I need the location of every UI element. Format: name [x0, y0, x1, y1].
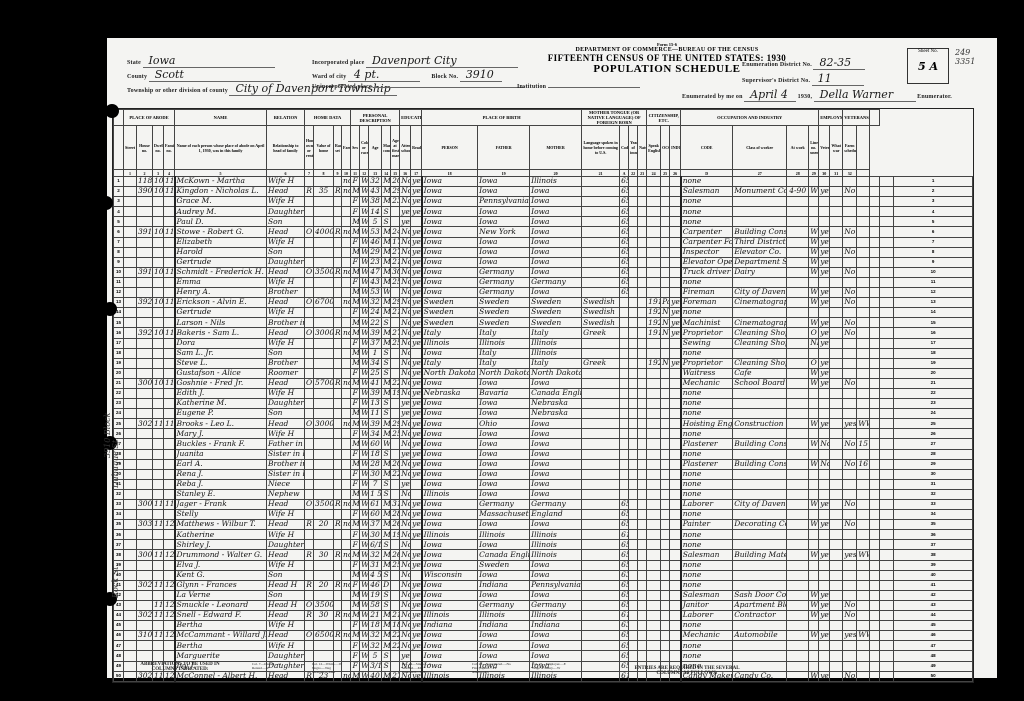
- cell-dwelling: [153, 368, 164, 378]
- cell-age: 41: [369, 378, 382, 388]
- cell-name: McKown - Martha: [175, 177, 267, 187]
- cell-read: yes: [411, 388, 422, 398]
- cell-farm: [342, 318, 351, 328]
- cell-value: [314, 388, 334, 398]
- cell-war: WW: [857, 631, 870, 641]
- line-number: 44: [114, 611, 124, 621]
- cell-empty: [638, 177, 647, 187]
- column-header: Year of immigration: [629, 126, 638, 170]
- cell-family: [164, 540, 175, 550]
- cell-radio: [334, 449, 342, 459]
- line-number-right: 6: [894, 227, 973, 237]
- line-number: 6: [114, 227, 124, 237]
- cell-immig: [647, 530, 661, 540]
- cell-eng: [670, 510, 681, 520]
- cell-value: [314, 479, 334, 489]
- cell-class: W: [809, 288, 819, 298]
- cell-marital: M: [382, 388, 391, 398]
- cell-empty: [638, 439, 647, 449]
- cell-ocode: [787, 611, 809, 621]
- cell-dwelling: 111: [153, 500, 164, 510]
- column-number: 14: [382, 170, 391, 177]
- cell-empty: [880, 550, 894, 560]
- cell-dwelling: 114: [153, 580, 164, 590]
- cell-mother: Iowa: [530, 288, 582, 298]
- cell-empty: [880, 510, 894, 520]
- cell-empty: [830, 247, 843, 257]
- column-number: A: [620, 170, 629, 177]
- cell-ocode: [787, 540, 809, 550]
- enumerator-name: Della Warner: [814, 88, 916, 102]
- cell-radio: [334, 530, 342, 540]
- cell-dwelling: [153, 277, 164, 287]
- cell-empty: [629, 520, 638, 530]
- line-number-right: 10: [894, 267, 973, 277]
- cell-atwork: [819, 489, 830, 499]
- cell-street: [124, 570, 137, 580]
- line-number: 34: [114, 510, 124, 520]
- cell-birth: Iowa: [422, 267, 478, 277]
- cell-farm: [342, 600, 351, 610]
- cell-veteran: [843, 590, 857, 600]
- cell-street: [124, 227, 137, 237]
- cell-value: 3500: [314, 267, 334, 277]
- cell-eng: [670, 489, 681, 499]
- cell-ocode: [787, 237, 809, 247]
- cell-empty: [870, 429, 880, 439]
- cell-own: [305, 479, 314, 489]
- cell-war: [857, 187, 870, 197]
- cell-race: W: [360, 459, 369, 469]
- cell-house: [137, 399, 153, 409]
- cell-veteran: [843, 621, 857, 631]
- cell-code: [620, 388, 629, 398]
- cell-empty: [638, 298, 647, 308]
- cell-occupation: none: [681, 308, 733, 318]
- cell-age: 46: [369, 237, 382, 247]
- cell-veteran: No: [843, 187, 857, 197]
- cell-house: [137, 429, 153, 439]
- cell-dwelling: 112: [153, 520, 164, 530]
- cell-empty: [870, 368, 880, 378]
- cell-farm: [342, 338, 351, 348]
- cell-school: No: [400, 631, 411, 641]
- cell-age: 53: [369, 288, 382, 298]
- cell-veteran: No: [843, 318, 857, 328]
- cell-dwelling: [153, 308, 164, 318]
- cell-radio: [334, 318, 342, 328]
- table-row: 18Sam L. Jr.SonMW1SNoIowaItalyIllinoisno…: [114, 348, 973, 358]
- cell-birth: Indiana: [422, 621, 478, 631]
- cell-birth: Iowa: [422, 409, 478, 419]
- cell-empty: [629, 338, 638, 348]
- cell-age: 58: [369, 600, 382, 610]
- cell-nat: [661, 217, 670, 227]
- cell-class: [809, 469, 819, 479]
- cell-empty: [638, 641, 647, 651]
- cell-father: Iowa: [478, 449, 530, 459]
- column-number: 7: [305, 170, 314, 177]
- cell-dwelling: [153, 641, 164, 651]
- cell-dwelling: 110: [153, 419, 164, 429]
- cell-empty: [638, 570, 647, 580]
- cell-war: [857, 378, 870, 388]
- cell-empty: [638, 348, 647, 358]
- line-number: 37: [114, 540, 124, 550]
- cell-school: No: [400, 520, 411, 530]
- cell-value: 35: [314, 187, 334, 197]
- cell-class: W: [809, 247, 819, 257]
- cell-atwork: [819, 207, 830, 217]
- cell-war: [857, 500, 870, 510]
- cell-eng: [670, 277, 681, 287]
- cell-immig: [647, 500, 661, 510]
- cell-atwork: yes: [819, 500, 830, 510]
- cell-marital: M: [382, 197, 391, 207]
- cell-school: No: [400, 419, 411, 429]
- cell-value: [314, 489, 334, 499]
- cell-immig: [647, 520, 661, 530]
- cell-occupation: none: [681, 197, 733, 207]
- cell-own: [305, 449, 314, 459]
- cell-value: [314, 510, 334, 520]
- cell-empty: [638, 479, 647, 489]
- cell-class: W: [809, 631, 819, 641]
- cell-empty: [830, 439, 843, 449]
- cell-agemar: [391, 217, 400, 227]
- cell-ocode: [787, 409, 809, 419]
- cell-sex: F: [351, 237, 360, 247]
- cell-empty: [880, 257, 894, 267]
- county-field: County Scott: [127, 68, 281, 82]
- cell-race: W: [360, 197, 369, 207]
- cell-immig: [647, 267, 661, 277]
- cell-empty: [830, 419, 843, 429]
- group-occupation: OCCUPATION AND INDUSTRY: [681, 110, 819, 126]
- line-number-right: 31: [894, 479, 973, 489]
- cell-atwork: yes: [819, 257, 830, 267]
- cell-dwelling: [153, 590, 164, 600]
- cell-war: [857, 621, 870, 631]
- cell-read: yes: [411, 399, 422, 409]
- cell-empty: [629, 257, 638, 267]
- cell-house: [137, 257, 153, 267]
- cell-father: Iowa: [478, 469, 530, 479]
- line-number-right: 40: [894, 570, 973, 580]
- line-number: 11: [114, 277, 124, 287]
- cell-marital: M: [382, 459, 391, 469]
- cell-empty: [870, 399, 880, 409]
- cell-street: [124, 197, 137, 207]
- column-number: 23: [638, 170, 647, 177]
- cell-tongue: [582, 237, 620, 247]
- cell-atwork: No: [819, 439, 830, 449]
- cell-sex: M: [351, 409, 360, 419]
- cell-agemar: 24: [391, 227, 400, 237]
- cell-value: 3500: [314, 500, 334, 510]
- cell-empty: [629, 399, 638, 409]
- cell-marital: Wd: [382, 288, 391, 298]
- cell-veteran: No: [843, 267, 857, 277]
- cell-industry: Building Material: [733, 550, 787, 560]
- line-number-right: 17: [894, 338, 973, 348]
- column-number: 16: [400, 170, 411, 177]
- cell-industry: [733, 308, 787, 318]
- cell-empty: [880, 570, 894, 580]
- cell-age: 38: [369, 197, 382, 207]
- cell-empty: [870, 348, 880, 358]
- cell-father: Illinois: [478, 338, 530, 348]
- cell-veteran: [843, 207, 857, 217]
- cell-birth: Iowa: [422, 631, 478, 641]
- cell-atwork: yes: [819, 267, 830, 277]
- cell-value: [314, 439, 334, 449]
- column-header: INDUSTRY: [670, 126, 681, 170]
- cell-immig: [647, 368, 661, 378]
- cell-house: 3101: [137, 631, 153, 641]
- column-header: Age: [369, 126, 382, 170]
- line-number-right: 12: [894, 288, 973, 298]
- cell-farm: [342, 540, 351, 550]
- cell-code: 65: [620, 590, 629, 600]
- cell-eng: [670, 439, 681, 449]
- cell-race: W: [360, 621, 369, 631]
- cell-mother: Illinois: [530, 530, 582, 540]
- cell-relation: Head: [267, 267, 305, 277]
- cell-nat: [661, 378, 670, 388]
- cell-empty: [880, 469, 894, 479]
- cell-street: [124, 277, 137, 287]
- cell-nat: [661, 469, 670, 479]
- cell-birth: Iowa: [422, 187, 478, 197]
- cell-agemar: [391, 439, 400, 449]
- cell-mother: Iowa: [530, 469, 582, 479]
- cell-nat: [661, 187, 670, 197]
- column-number: 9: [334, 170, 342, 177]
- cell-mother: Illinois: [530, 550, 582, 560]
- cell-father: New York: [478, 227, 530, 237]
- cell-empty: [880, 459, 894, 469]
- cell-atwork: [819, 348, 830, 358]
- cell-tongue: [582, 399, 620, 409]
- cell-nat: [661, 641, 670, 651]
- cell-mother: Iowa: [530, 439, 582, 449]
- cell-race: W: [360, 409, 369, 419]
- cell-empty: [880, 590, 894, 600]
- cell-dwelling: [153, 388, 164, 398]
- cell-class: [809, 348, 819, 358]
- cell-agemar: 25: [391, 277, 400, 287]
- column-number: 5: [175, 170, 267, 177]
- cell-mother: Illinois: [530, 540, 582, 550]
- cell-farm: no: [342, 328, 351, 338]
- cell-father: Iowa: [478, 540, 530, 550]
- cell-nat: [661, 419, 670, 429]
- cell-age: 22: [369, 318, 382, 328]
- cell-name: Smuckle - Leonard: [175, 600, 267, 610]
- cell-code: 65: [620, 237, 629, 247]
- cell-radio: R: [334, 227, 342, 237]
- cell-immig: [647, 429, 661, 439]
- cell-street: [124, 237, 137, 247]
- cell-atwork: [819, 469, 830, 479]
- cell-atwork: yes: [819, 378, 830, 388]
- cell-eng: [670, 611, 681, 621]
- cell-house: [137, 510, 153, 520]
- cell-marital: M: [382, 257, 391, 267]
- cell-race: W: [360, 217, 369, 227]
- line-number: 46: [114, 631, 124, 641]
- cell-race: W: [360, 288, 369, 298]
- enumeration-district-field: Enumeration District No. 82-35: [742, 56, 865, 70]
- cell-eng: [670, 348, 681, 358]
- cell-race: W: [360, 177, 369, 187]
- cell-race: W: [360, 631, 369, 641]
- cell-house: [137, 247, 153, 257]
- cell-empty: [629, 237, 638, 247]
- cell-sex: M: [351, 550, 360, 560]
- cell-occupation: none: [681, 348, 733, 358]
- cell-value: [314, 469, 334, 479]
- cell-occupation: Laborer: [681, 611, 733, 621]
- cell-birth: Iowa: [422, 429, 478, 439]
- cell-tongue: Swedish: [582, 318, 620, 328]
- cell-farm: [342, 207, 351, 217]
- cell-tongue: [582, 580, 620, 590]
- cell-occupation: Elevator Operator: [681, 257, 733, 267]
- cell-tongue: [582, 247, 620, 257]
- cell-value: 30: [314, 550, 334, 560]
- cell-code: 65: [620, 580, 629, 590]
- cell-industry: Construction Co.: [733, 419, 787, 429]
- column-header: Veteran: [819, 126, 830, 170]
- cell-street: [124, 368, 137, 378]
- column-header: CODE: [681, 126, 733, 170]
- cell-empty: [830, 358, 843, 368]
- cell-empty: [629, 570, 638, 580]
- cell-veteran: [843, 479, 857, 489]
- cell-empty: [870, 611, 880, 621]
- line-number: 19: [114, 358, 124, 368]
- table-row: 63910105113Stowe - Robert G.HeadO4000Rno…: [114, 227, 973, 237]
- cell-age: 31: [369, 560, 382, 570]
- table-row: 7ElizabethWife HFW46M17NoyesIowaIowaIowa…: [114, 237, 973, 247]
- cell-own: R: [305, 550, 314, 560]
- cell-class: W: [809, 439, 819, 449]
- line-number-right: 32: [894, 489, 973, 499]
- cell-empty: [638, 600, 647, 610]
- cell-father: Iowa: [478, 217, 530, 227]
- cell-empty: [830, 600, 843, 610]
- cell-own: [305, 540, 314, 550]
- cell-race: W: [360, 267, 369, 277]
- cell-name: Larson - Nils: [175, 318, 267, 328]
- cell-father: Iowa: [478, 590, 530, 600]
- cell-school: yes: [400, 479, 411, 489]
- cell-read: yes: [411, 510, 422, 520]
- cell-agemar: 28: [391, 510, 400, 520]
- cell-age: 39: [369, 328, 382, 338]
- cell-atwork: [819, 217, 830, 227]
- line-number: 5: [114, 217, 124, 227]
- cell-farm: [342, 277, 351, 287]
- column-number: 30: [819, 170, 830, 177]
- cell-empty: [830, 449, 843, 459]
- table-row: 28JuanitaSister in lawFW18SyesyesIowaIow…: [114, 449, 973, 459]
- cell-empty: [880, 631, 894, 641]
- cell-empty: [629, 459, 638, 469]
- column-number: 11: [351, 170, 360, 177]
- cell-nat: Na: [661, 318, 670, 328]
- cell-dwelling: 109: [153, 378, 164, 388]
- table-row: 22Edith J.Wife HFW39M19NoyesNebraskaBava…: [114, 388, 973, 398]
- cell-industry: [733, 530, 787, 540]
- column-header: PERSON: [422, 126, 478, 170]
- cell-war: [857, 237, 870, 247]
- cell-nat: [661, 439, 670, 449]
- cell-radio: [334, 399, 342, 409]
- cell-school: No: [400, 318, 411, 328]
- cell-code: [620, 439, 629, 449]
- cell-street: [124, 530, 137, 540]
- cell-industry: [733, 409, 787, 419]
- cell-street: [124, 388, 137, 398]
- cell-atwork: yes: [819, 247, 830, 257]
- cell-mother: Nebraska: [530, 399, 582, 409]
- cell-sex: M: [351, 631, 360, 641]
- cell-family: [164, 449, 175, 459]
- cell-mother: Iowa: [530, 257, 582, 267]
- column-number: 27: [733, 170, 787, 177]
- cell-street: [124, 459, 137, 469]
- cell-atwork: [819, 570, 830, 580]
- cell-empty: [629, 580, 638, 590]
- cell-house: [137, 641, 153, 651]
- cell-atwork: yes: [819, 318, 830, 328]
- cell-empty: [870, 409, 880, 419]
- cell-agemar: 29: [391, 298, 400, 308]
- cell-empty: [830, 500, 843, 510]
- cell-father: Germany: [478, 277, 530, 287]
- cell-code: 65: [620, 288, 629, 298]
- table-row: 47BerthaWife HFW32M22NoyesIowaIowaIowa65…: [114, 641, 973, 651]
- column-header: FATHER: [478, 126, 530, 170]
- cell-school: No: [400, 368, 411, 378]
- cell-occupation: Carpenter Foreman: [681, 237, 733, 247]
- cell-dwelling: [153, 197, 164, 207]
- column-number: 17: [411, 170, 422, 177]
- cell-read: yes: [411, 590, 422, 600]
- cell-birth: Iowa: [422, 247, 478, 257]
- cell-sex: M: [351, 419, 360, 429]
- cell-street: [124, 378, 137, 388]
- cell-age: 32: [369, 641, 382, 651]
- cell-sex: F: [351, 399, 360, 409]
- cell-atwork: yes: [819, 631, 830, 641]
- cell-empty: [830, 399, 843, 409]
- cell-code: 65: [620, 540, 629, 550]
- cell-radio: R: [334, 611, 342, 621]
- column-number: 21: [582, 170, 620, 177]
- cell-age: 34: [369, 429, 382, 439]
- cell-relation: Wife H: [267, 641, 305, 651]
- cell-dwelling: [153, 489, 164, 499]
- cell-sex: F: [351, 580, 360, 590]
- cell-immig: [647, 177, 661, 187]
- cell-class: [809, 197, 819, 207]
- line-number: 25: [114, 419, 124, 429]
- cell-veteran: No: [843, 328, 857, 338]
